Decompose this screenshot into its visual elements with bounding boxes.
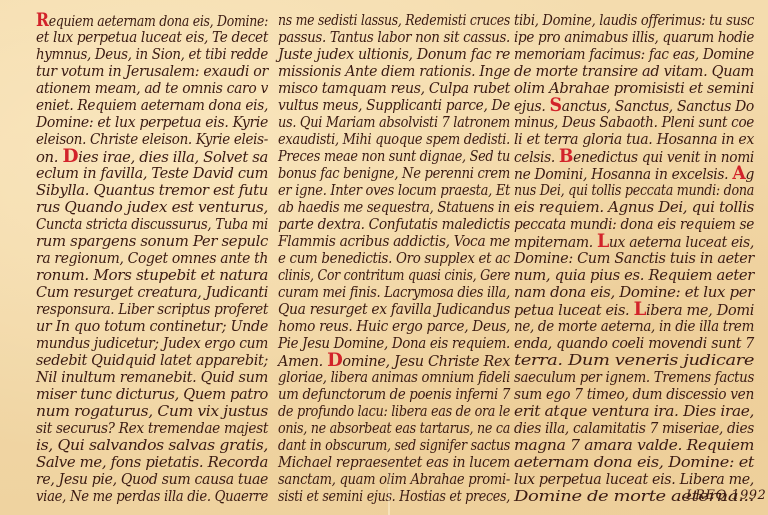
text-line: curam mei finis. Lacrymosa dies illa, (278, 284, 510, 301)
line-text: Domine: et lux perpetua eis. Kyrie (36, 113, 268, 131)
line-text: li et terra gloria tua. Hosanna in ex (514, 130, 754, 148)
text-line: dant in obscurum, sed signifer sactus (278, 437, 510, 454)
line-text: et lux perpetua luceat eis, Te decet (36, 28, 268, 46)
line-text: us. Qui Mariam absolvisti 7 latronem (278, 113, 510, 131)
line-text: Nil inultum remanebit. Quid sum (36, 368, 268, 386)
line-text: passus. Tantus labor non sit cassus. (278, 28, 510, 46)
line-text: viae, Ne me perdas illa die. Quaerre (36, 487, 268, 505)
text-line: Nil inultum remanebit. Quid sum (36, 369, 268, 386)
text-line: eis requiem. Agnus Dei, qui tollis (514, 199, 754, 216)
text-line: num, quia pius es. Requiem aeter (514, 267, 754, 284)
text-line: ne, de morte aeterna, in die illa trem (514, 318, 754, 335)
line-text: nus Dei, qui tollis peccata mundi: dona (514, 181, 754, 199)
text-line: Sibylla. Quantus tremor est futu (36, 182, 268, 199)
text-line: et lux perpetua luceat eis, Te decet (36, 29, 268, 46)
text-line: Preces meae non sunt dignae, Sed tu (278, 148, 510, 165)
line-text: responsura. Liber scriptus proferet (36, 300, 268, 318)
line-text: vultus meus, Supplicanti parce, De (278, 96, 510, 114)
line-text: Salve me, fons pietatis. Recorda (36, 453, 268, 471)
text-line: Amen. Domine, Jesu Christe Rex (278, 352, 510, 369)
text-line: Salve me, fons pietatis. Recorda (36, 454, 268, 471)
text-line: eclum in favilla, Teste David cum (36, 165, 268, 182)
line-text: ne, de morte aeterna, in die illa trem (514, 317, 754, 335)
line-text: homo reus. Huic ergo parce, Deus, (278, 317, 510, 335)
text-line: rus Quando judex est venturus, (36, 199, 268, 216)
text-column-1: Requiem aeternam dona eis, Domine:et lux… (36, 12, 268, 505)
line-text: sisti et semini ejus. Hostias et preces, (278, 487, 510, 505)
text-line: memoriam facimus: fac eas, Domine (514, 46, 754, 63)
text-line: rum spargens sonum Per sepulc (36, 233, 268, 250)
text-line: hymnus, Deus, in Sion, et tibi redde (36, 46, 268, 63)
text-line: clinis, Cor contritum quasi cinis, Gere (278, 267, 510, 284)
text-line: Requiem aeternam dona eis, Domine: (36, 12, 268, 29)
text-line: is, Qui salvandos salvas gratis, (36, 437, 268, 454)
line-text: num, quia pius es. Requiem aeter (514, 266, 754, 284)
text-line: peccata mundi: dona eis requiem se (514, 216, 754, 233)
line-text: saeculum per ignem. Tremens factus (514, 368, 754, 386)
text-line: Cum resurget creatura, Judicanti (36, 284, 268, 301)
line-text: onis, ne absorbeat eas tartarus, ne ca (278, 419, 510, 437)
text-line: um defunctorum de poenis inferni 7 (278, 386, 510, 403)
text-line: ipe pro animabus illis, quarum hodie (514, 29, 754, 46)
text-line: ns me sedisti lassus, Redemisti cruces (278, 12, 510, 29)
text-line: ra regionum, Coget omnes ante th (36, 250, 268, 267)
text-line: saeculum per ignem. Tremens factus (514, 369, 754, 386)
line-text: Cuncta stricta discussurus, Tuba mi (36, 215, 268, 233)
text-line: Pie Jesu Domine, Dona eis requiem. (278, 335, 510, 352)
text-column-2: ns me sedisti lassus, Redemisti crucespa… (278, 12, 510, 505)
line-text: enedictus qui venit in nomi (573, 148, 754, 166)
line-text: sum ego 7 timeo, dum discessio ven (514, 385, 754, 403)
text-line: mpiternam. Lux aeterna luceat eis, (514, 233, 754, 250)
line-text: hymnus, Deus, in Sion, et tibi redde (36, 45, 268, 63)
line-text: lux perpetua luceat eis. Libera me, (514, 470, 754, 488)
line-text: ipe pro animabus illis, quarum hodie (514, 28, 754, 46)
text-line: celsis. Benedictus qui venit in nomi (514, 148, 754, 165)
line-text: e cum benedictis. Oro supplex et ac (278, 249, 510, 267)
text-line: re, Jesu pie, Quod sum causa tuae (36, 471, 268, 488)
text-line: on. Dies irae, dies illa, Solvet sa (36, 148, 268, 165)
line-text: eniet. Requiem aeternam dona eis, (36, 96, 268, 114)
text-line: miser tunc dicturus, Quem patro (36, 386, 268, 403)
text-line: petua luceat eis. Libera me, Domi (514, 301, 754, 318)
text-line: bonus fac benigne, Ne perenni crem (278, 165, 510, 182)
text-line: li et terra gloria tua. Hosanna in ex (514, 131, 754, 148)
text-line: responsura. Liber scriptus proferet (36, 301, 268, 318)
line-text: rus Quando judex est venturus, (36, 198, 268, 216)
text-line: exaudisti, Mihi quoque spem dedisti. (278, 131, 510, 148)
text-line: nus Dei, qui tollis peccata mundi: dona (514, 182, 754, 199)
line-text: parte dextra. Confutatis maledictis (278, 215, 510, 233)
line-text: Juste judex ultionis, Donum fac re (278, 45, 510, 63)
line-text: Qua resurget ex favilla Judicandus (278, 300, 510, 318)
line-text: Flammis acribus addictis, Voca me (278, 232, 510, 250)
text-line: vultus meus, Supplicanti parce, De (278, 97, 510, 114)
text-line: terra. Dum veneris judicare (514, 352, 754, 369)
text-line: sedebit Quidquid latet apparebit; (36, 352, 268, 369)
text-line: parte dextra. Confutatis maledictis (278, 216, 510, 233)
line-text: terra. Dum veneris judicare (514, 351, 754, 369)
text-line: passus. Tantus labor non sit cassus. (278, 29, 510, 46)
line-text: ns me sedisti lassus, Redemisti cruces (278, 11, 510, 29)
line-text: curam mei finis. Lacrymosa dies illa, (278, 283, 510, 301)
text-line: Cuncta stricta discussurus, Tuba mi (36, 216, 268, 233)
line-text: de morte transire ad vitam. Quam (514, 62, 754, 80)
line-text: exaudisti, Mihi quoque spem dedisti. (278, 130, 510, 148)
text-line: homo reus. Huic ergo parce, Deus, (278, 318, 510, 335)
line-text: gloriae, libera animas omnium fideli (278, 368, 510, 386)
line-text: is, Qui salvandos salvas gratis, (36, 436, 268, 454)
line-text: Sibylla. Quantus tremor est futu (36, 181, 268, 199)
text-line: mundus judicetur; Judex ergo cum (36, 335, 268, 352)
line-text: de profundo lacu: libera eas de ora le (278, 402, 510, 420)
text-line: viae, Ne me perdas illa die. Quaerre (36, 488, 268, 505)
line-text: eis requiem. Agnus Dei, qui tollis (514, 198, 754, 216)
text-line: sum ego 7 timeo, dum discessio ven (514, 386, 754, 403)
line-text: Preces meae non sunt dignae, Sed tu (278, 147, 510, 165)
text-line: ne Domini, Hosanna in excelsis. Ag (514, 165, 754, 182)
text-line: Flammis acribus addictis, Voca me (278, 233, 510, 250)
text-line: ab haedis me sequestra, Statuens in (278, 199, 510, 216)
paper-fold (388, 440, 390, 515)
text-line: de morte transire ad vitam. Quam (514, 63, 754, 80)
line-text: erit atque ventura ira. Dies irae, (514, 402, 754, 420)
line-text: tur votum in Jerusalem: exaudi or (36, 62, 268, 80)
text-line: tur votum in Jerusalem: exaudi or (36, 63, 268, 80)
line-text: Domine: Cum Sanctis tuis in aeter (514, 249, 754, 267)
text-line: ronum. Mors stupebit et natura (36, 267, 268, 284)
text-line: gloriae, libera animas omnium fideli (278, 369, 510, 386)
text-line: magna 7 amara valde. Requiem (514, 437, 754, 454)
line-text: memoriam facimus: fac eas, Domine (514, 45, 754, 63)
line-text: dant in obscurum, sed signifer sactus (278, 436, 510, 454)
line-text: clinis, Cor contritum quasi cinis, Gere (278, 266, 510, 284)
line-text: sedebit Quidquid latet apparebit; (36, 351, 268, 369)
line-text: um defunctorum de poenis inferni 7 (278, 385, 510, 403)
text-line: aeternam dona eis, Domine: et (514, 454, 754, 471)
text-column-3: tibi, Domine, laudis offerimus: tu susci… (514, 12, 754, 505)
line-text: sanctam, quam olim Abrahae promi- (278, 470, 510, 488)
text-line: minus, Deus Sabaoth. Pleni sunt coe (514, 114, 754, 131)
line-text: magna 7 amara valde. Requiem (514, 436, 754, 454)
line-text: num rogaturus, Cum vix justus (36, 402, 268, 420)
text-line: sanctam, quam olim Abrahae promi- (278, 471, 510, 488)
line-text: ra regionum, Coget omnes ante th (36, 249, 268, 267)
text-line: enda, quando coeli movendi sunt 7 (514, 335, 754, 352)
line-text: dies illa, calamitatis 7 miseriae, dies (514, 419, 754, 437)
text-line: ejus. Sanctus, Sanctus, Sanctus Do (514, 97, 754, 114)
line-text: misco tamquam reus, Culpa rubet (278, 79, 510, 97)
text-line: lux perpetua luceat eis. Libera me, (514, 471, 754, 488)
text-line: er igne. Inter oves locum praesta, Et (278, 182, 510, 199)
text-line: ur In quo totum continetur; Unde (36, 318, 268, 335)
line-text: er igne. Inter oves locum praesta, Et (278, 181, 510, 199)
line-text: ationem meam, ad te omnis caro v (36, 79, 268, 97)
text-line: misco tamquam reus, Culpa rubet (278, 80, 510, 97)
text-line: dies illa, calamitatis 7 miseriae, dies (514, 420, 754, 437)
text-line: eniet. Requiem aeternam dona eis, (36, 97, 268, 114)
line-text: Pie Jesu Domine, Dona eis requiem. (278, 334, 510, 352)
line-text: re, Jesu pie, Quod sum causa tuae (36, 470, 268, 488)
text-line: Domine: Cum Sanctis tuis in aeter (514, 250, 754, 267)
line-text: minus, Deus Sabaoth. Pleni sunt coe (514, 113, 754, 131)
line-prefix: celsis. (514, 148, 559, 166)
text-line: missionis Ante diem rationis. Inge (278, 63, 510, 80)
text-line: de profundo lacu: libera eas de ora le (278, 403, 510, 420)
line-text: peccata mundi: dona eis requiem se (514, 215, 754, 233)
line-text: rum spargens sonum Per sepulc (36, 232, 268, 250)
text-line: Domine: et lux perpetua eis. Kyrie (36, 114, 268, 131)
text-line: sisti et semini ejus. Hostias et preces, (278, 488, 510, 505)
signature: LREQ 1992 (686, 488, 766, 503)
text-line: num rogaturus, Cum vix justus (36, 403, 268, 420)
line-text: miser tunc dicturus, Quem patro (36, 385, 268, 403)
text-line: onis, ne absorbeat eas tartarus, ne ca (278, 420, 510, 437)
text-line: ationem meam, ad te omnis caro v (36, 80, 268, 97)
text-line: tibi, Domine, laudis offerimus: tu susc (514, 12, 754, 29)
text-line: Qua resurget ex favilla Judicandus (278, 301, 510, 318)
line-text: sit securus? Rex tremendae majest (36, 419, 268, 437)
text-line: Juste judex ultionis, Donum fac re (278, 46, 510, 63)
text-line: us. Qui Mariam absolvisti 7 latronem (278, 114, 510, 131)
text-line: erit atque ventura ira. Dies irae, (514, 403, 754, 420)
line-text: ur In quo totum continetur; Unde (36, 317, 268, 335)
line-text: Cum resurget creatura, Judicanti (36, 283, 268, 301)
line-text: bonus fac benigne, Ne perenni crem (278, 164, 510, 182)
line-text: ronum. Mors stupebit et natura (36, 266, 268, 284)
line-text: enda, quando coeli movendi sunt 7 (514, 334, 754, 352)
line-text: ab haedis me sequestra, Statuens in (278, 198, 510, 216)
line-text: missionis Ante diem rationis. Inge (278, 62, 510, 80)
line-text: Michael repraesentet eas in lucem (278, 453, 510, 471)
line-text: eclum in favilla, Teste David cum (36, 164, 268, 182)
text-line: sit securus? Rex tremendae majest (36, 420, 268, 437)
rubric-initial: B (559, 145, 573, 167)
line-text: mundus judicetur; Judex ergo cum (36, 334, 268, 352)
line-text: tibi, Domine, laudis offerimus: tu susc (514, 11, 754, 29)
text-line: e cum benedictis. Oro supplex et ac (278, 250, 510, 267)
text-line: Michael repraesentet eas in lucem (278, 454, 510, 471)
line-text: aeternam dona eis, Domine: et (514, 453, 754, 471)
manuscript-page: Requiem aeternam dona eis, Domine:et lux… (0, 0, 768, 515)
